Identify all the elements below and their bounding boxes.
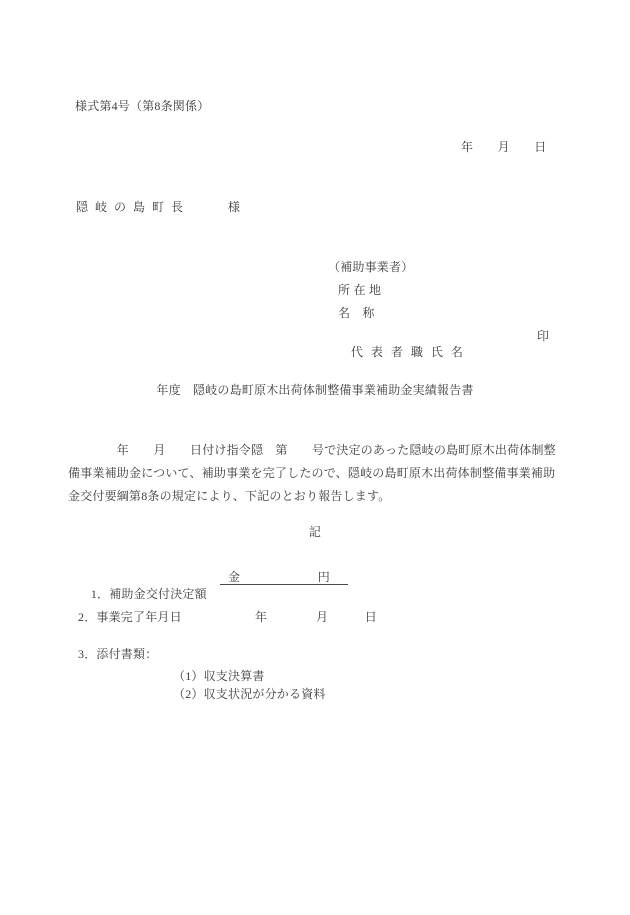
applicant-name-label: 名 称	[338, 305, 375, 321]
document-title: 年度 隠岐の島町原木出荷体制整備事業補助金実績報告書	[0, 382, 630, 398]
amount-prefix: 金	[228, 569, 240, 585]
representative-label: 代表者職氏名	[351, 345, 471, 359]
body-line-2: 備事業補助金について、補助事業を完了したので、隠岐の島町原木出荷体制整備事業補助	[68, 465, 555, 481]
attachment-item-2: （2）収支状況が分かる資料	[173, 686, 326, 702]
record-marker: 記	[0, 524, 630, 540]
form-number: 様式第4号（第8条関係）	[75, 98, 209, 114]
body-line-3: 金交付要綱第8条の規定により、下記のとおり報告します。	[68, 488, 390, 504]
attachment-item-1: （1）収支決算書	[173, 668, 265, 684]
item-attachments-label: 3．添付書類：	[78, 646, 157, 662]
seal-mark: 印	[537, 328, 549, 344]
addressee: 隠岐の島町長 様	[76, 199, 247, 215]
report-form-page: 様式第4号（第8条関係） 年 月 日 隠岐の島町長 様 （補助事業者） 所在地 …	[0, 0, 630, 915]
date-blank-field: 年 月 日	[461, 139, 546, 155]
amount-suffix: 円	[318, 569, 330, 585]
applicant-heading: （補助事業者）	[328, 259, 413, 275]
item-completion-date: 2．事業完了年月日 年 月 日	[78, 609, 377, 625]
amount-blank-field: 金 円	[220, 569, 348, 585]
body-line-1: 年 月 日付け指令隠 第 号で決定のあった隠岐の島町原木出荷体制整	[68, 442, 556, 458]
item-grant-amount-label: 1．補助金交付決定額	[91, 587, 207, 601]
applicant-address-label: 所在地	[338, 282, 385, 298]
